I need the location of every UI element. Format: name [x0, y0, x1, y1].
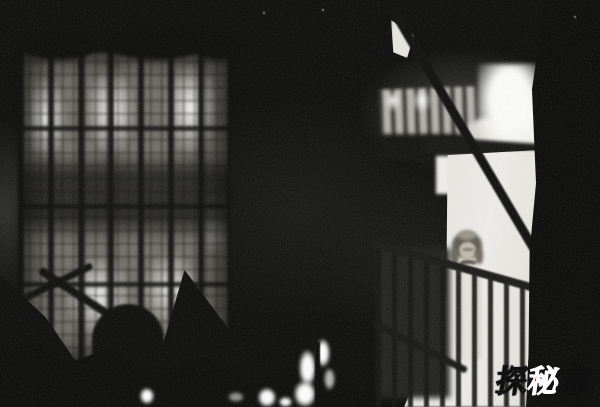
flame: [140, 388, 154, 404]
watermark-char-2: 秘: [526, 367, 562, 398]
flame: [279, 397, 292, 407]
charred-edge-blob: [110, 33, 202, 60]
watermark-char-3: 志: [558, 367, 594, 398]
white-speck: [263, 12, 265, 14]
watermark-char-1: 探: [494, 367, 530, 398]
flame: [228, 392, 244, 402]
girl-hair-highlight: [458, 230, 476, 240]
site-watermark: 探 秘 志: [493, 362, 600, 402]
girl-hair-side: [475, 248, 483, 264]
flame: [258, 388, 276, 407]
charred-edge-blob: [24, 38, 94, 60]
white-speck: [574, 16, 576, 18]
white-speck: [322, 9, 324, 11]
photo-canvas: 探 秘 志: [0, 0, 600, 407]
burnt-post-silhouette: [315, 342, 320, 402]
girl-eyes-smudge: [462, 248, 474, 251]
flame: [294, 381, 316, 407]
flame: [324, 368, 335, 390]
charred-edge-blob: [196, 40, 244, 60]
